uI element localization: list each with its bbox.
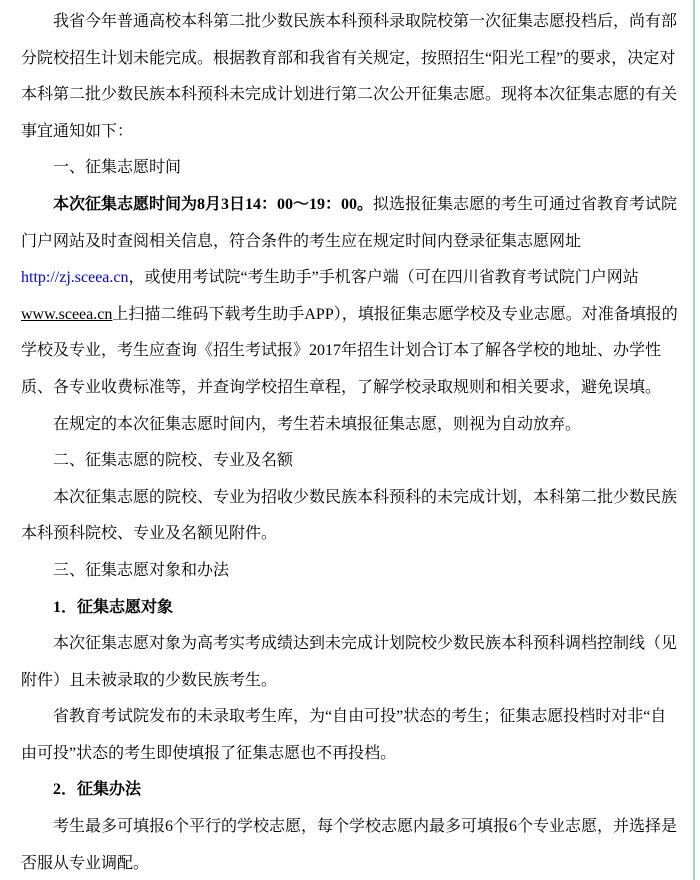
url-link[interactable]: http://zj.sceea.cn xyxy=(21,269,129,286)
text-run: 我省今年普通高校本科第二批少数民族本科预科录取院校第一次征集志愿投档后，尚有部分… xyxy=(21,13,677,140)
notice-body: 我省今年普通高校本科第二批少数民族本科预科录取院校第一次征集志愿投档后，尚有部分… xyxy=(0,0,692,880)
paragraph-item-2-heading: 2．征集办法 xyxy=(21,772,678,809)
paragraph-section-3-heading: 三、征集志愿对象和办法 xyxy=(21,553,678,590)
text-run: 三、征集志愿对象和办法 xyxy=(53,562,229,579)
text-run: 一、征集志愿时间 xyxy=(53,159,181,176)
text-run: 考生最多可填报6个平行的学校志愿，每个学校志愿内最多可填报6个专业志愿，并选择是… xyxy=(21,818,677,872)
text-run: 2．征集办法 xyxy=(53,781,141,798)
paragraph-item-1-body-2: 省教育考试院发布的未录取考生库，为“自由可投”状态的考生；征集志愿投档时对非“自… xyxy=(21,699,678,772)
text-run: 本次征集志愿时间为8月3日14：00～19：00。 xyxy=(53,196,373,213)
paragraph-item-2-body: 考生最多可填报6个平行的学校志愿，每个学校志愿内最多可填报6个专业志愿，并选择是… xyxy=(21,809,678,880)
text-run: 本次征集志愿的院校、专业为招收少数民族本科预科的未完成计划，本科第二批少数民族本… xyxy=(21,489,677,543)
text-run: 本次征集志愿对象为高考实考成绩达到未完成计划院校少数民族本科预科调档控制线（见附… xyxy=(21,635,677,689)
text-run: 二、征集志愿的院校、专业及名额 xyxy=(53,452,293,469)
text-run: 省教育考试院发布的未录取考生库，为“自由可投”状态的考生；征集志愿投档时对非“自… xyxy=(21,708,666,762)
text-run: 上扫描二维码下载考生助手APP），填报征集志愿学校及专业志愿。对准备填报的学校及… xyxy=(21,306,678,396)
page-right-border xyxy=(693,0,695,880)
paragraph-section-1-body: 本次征集志愿时间为8月3日14：00～19：00。拟选报征集志愿的考生可通过省教… xyxy=(21,187,678,407)
paragraph-section-1-heading: 一、征集志愿时间 xyxy=(21,150,678,187)
text-run: 1．征集志愿对象 xyxy=(53,599,173,616)
text-run: 在规定的本次征集志愿时间内，考生若未填报征集志愿，则视为自动放弃。 xyxy=(53,416,581,433)
url-underline-link[interactable]: www.sceea.cn xyxy=(21,306,112,323)
paragraph-auto-forfeit: 在规定的本次征集志愿时间内，考生若未填报征集志愿，则视为自动放弃。 xyxy=(21,407,678,444)
paragraph-section-2-heading: 二、征集志愿的院校、专业及名额 xyxy=(21,443,678,480)
paragraph-item-1-heading: 1．征集志愿对象 xyxy=(21,590,678,627)
paragraph-item-1-body-1: 本次征集志愿对象为高考实考成绩达到未完成计划院校少数民族本科预科调档控制线（见附… xyxy=(21,626,678,699)
text-run: ，或使用考试院“考生助手”手机客户端（可在四川省教育考试院门户网站 xyxy=(129,269,639,286)
paragraph-section-2-body: 本次征集志愿的院校、专业为招收少数民族本科预科的未完成计划，本科第二批少数民族本… xyxy=(21,480,678,553)
paragraph-intro: 我省今年普通高校本科第二批少数民族本科预科录取院校第一次征集志愿投档后，尚有部分… xyxy=(21,4,678,150)
